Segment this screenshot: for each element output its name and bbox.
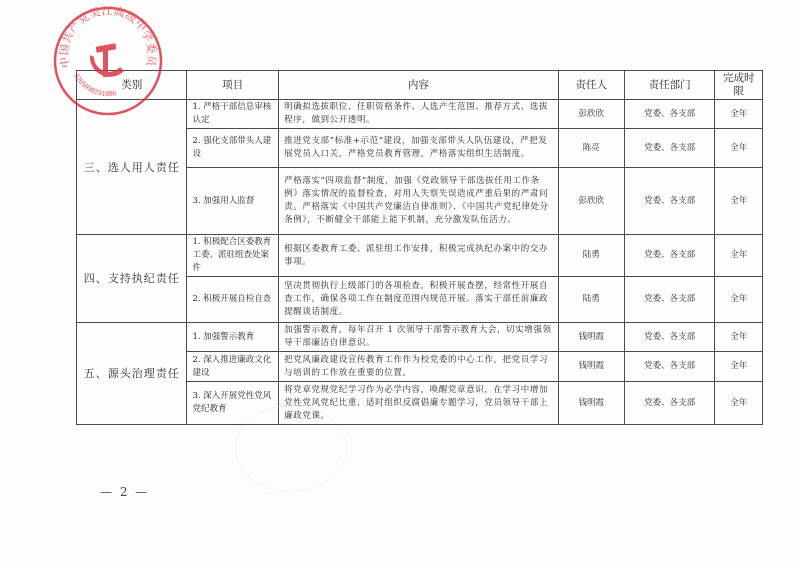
person-cell: 彭欣欣	[558, 168, 624, 235]
dept-cell: 党委、各支部	[624, 100, 715, 129]
table-row: 五、源头治理责任 1. 加强警示教育 加强警示教育，每年召开 1 次领导干部警示…	[77, 323, 763, 352]
deadline-cell: 全年	[715, 323, 763, 352]
table-row: 四、支持执纪责任 1. 积极配合区委教育工委、派驻组查处案件 根据区委教育工委、…	[77, 235, 763, 277]
deadline-cell: 全年	[715, 168, 763, 235]
table-header-row: 类别 项目 内容 责任人 责任部门 完成时限	[77, 71, 763, 100]
dept-cell: 党委、各支部	[624, 168, 715, 235]
header-dept: 责任部门	[624, 71, 715, 100]
item-cell: 2. 积极开展自检自查	[187, 277, 279, 323]
seal-text: 中国共产党吴江高级中学委员会	[52, 5, 158, 69]
category-cell: 三、选人用人责任	[77, 100, 187, 235]
deadline-cell: 全年	[715, 129, 763, 168]
content-cell: 根据区委教育工委、派驻组工作安排，积极完成执纪办案中的交办事项。	[279, 235, 558, 277]
person-cell: 陆勇	[558, 277, 624, 323]
dept-cell: 党委、各支部	[624, 235, 715, 277]
content-cell: 推进党支部“标准+示范”建设，加强支部带头人队伍建设，严把发展党员入口关，严格党…	[279, 129, 558, 168]
person-cell: 钱明霞	[558, 352, 624, 382]
person-cell: 钱明霞	[558, 323, 624, 352]
person-cell: 陈亮	[558, 129, 624, 168]
deadline-cell: 全年	[715, 235, 763, 277]
item-cell: 2. 强化支部带头人建设	[187, 129, 279, 168]
item-cell: 2. 深入推进廉政文化建设	[187, 352, 279, 382]
deadline-cell: 全年	[715, 352, 763, 382]
svg-text:中国共产党吴江高级中学委员会: 中国共产党吴江高级中学委员会	[52, 5, 158, 69]
person-cell: 陆勇	[558, 235, 624, 277]
category-cell: 四、支持执纪责任	[77, 235, 187, 323]
dept-cell: 党委、各支部	[624, 129, 715, 168]
faint-seal-impression	[235, 405, 347, 492]
deadline-cell: 全年	[715, 277, 763, 323]
item-cell: 1. 严格干部信息审核认定	[187, 100, 279, 129]
dept-cell: 党委、各支部	[624, 352, 715, 382]
header-deadline: 完成时限	[715, 71, 763, 100]
content-cell: 坚决贯彻执行上级部门的各项检查，积极开展查摆，经常性开展自查工作，确保各项工作在…	[279, 277, 558, 323]
header-content: 内容	[279, 71, 558, 100]
header-person: 责任人	[558, 71, 624, 100]
deadline-cell: 全年	[715, 100, 763, 129]
dept-cell: 党委、各支部	[624, 323, 715, 352]
item-cell: 1. 加强警示教育	[187, 323, 279, 352]
person-cell: 彭欣欣	[558, 100, 624, 129]
person-cell: 钱明霞	[558, 382, 624, 425]
page-number: — 2 —	[100, 485, 149, 499]
header-category: 类别	[77, 71, 187, 100]
document-page: 类别 项目 内容 责任人 责任部门 完成时限 三、选人用人责任 1. 严格干部信…	[0, 0, 800, 566]
dept-cell: 党委、各支部	[624, 277, 715, 323]
dept-cell: 党委、各支部	[624, 382, 715, 425]
deadline-cell: 全年	[715, 382, 763, 425]
category-cell: 五、源头治理责任	[77, 323, 187, 425]
content-cell: 严格落实“四项监督”制度，加强《党政领导干部选拔任用工作条例》落实情况的监督检查…	[279, 168, 558, 235]
table-row: 三、选人用人责任 1. 严格干部信息审核认定 明确拟选拔职位、任职资格条件、人选…	[77, 100, 763, 129]
content-cell: 把党风廉政建设宣传教育工作作为校党委的中心工作，把党员学习与培训的工作放在重要的…	[279, 352, 558, 382]
content-cell: 加强警示教育，每年召开 1 次领导干部警示教育大会，切实增强领导干部廉洁自律意识…	[279, 323, 558, 352]
responsibility-table: 类别 项目 内容 责任人 责任部门 完成时限 三、选人用人责任 1. 严格干部信…	[76, 70, 763, 425]
header-item: 项目	[187, 71, 279, 100]
content-cell: 明确拟选拔职位、任职资格条件、人选产生范围、推荐方式、选拔程序，做到公开透明。	[279, 100, 558, 129]
item-cell: 1. 积极配合区委教育工委、派驻组查处案件	[187, 235, 279, 277]
item-cell: 3. 加强用人监督	[187, 168, 279, 235]
